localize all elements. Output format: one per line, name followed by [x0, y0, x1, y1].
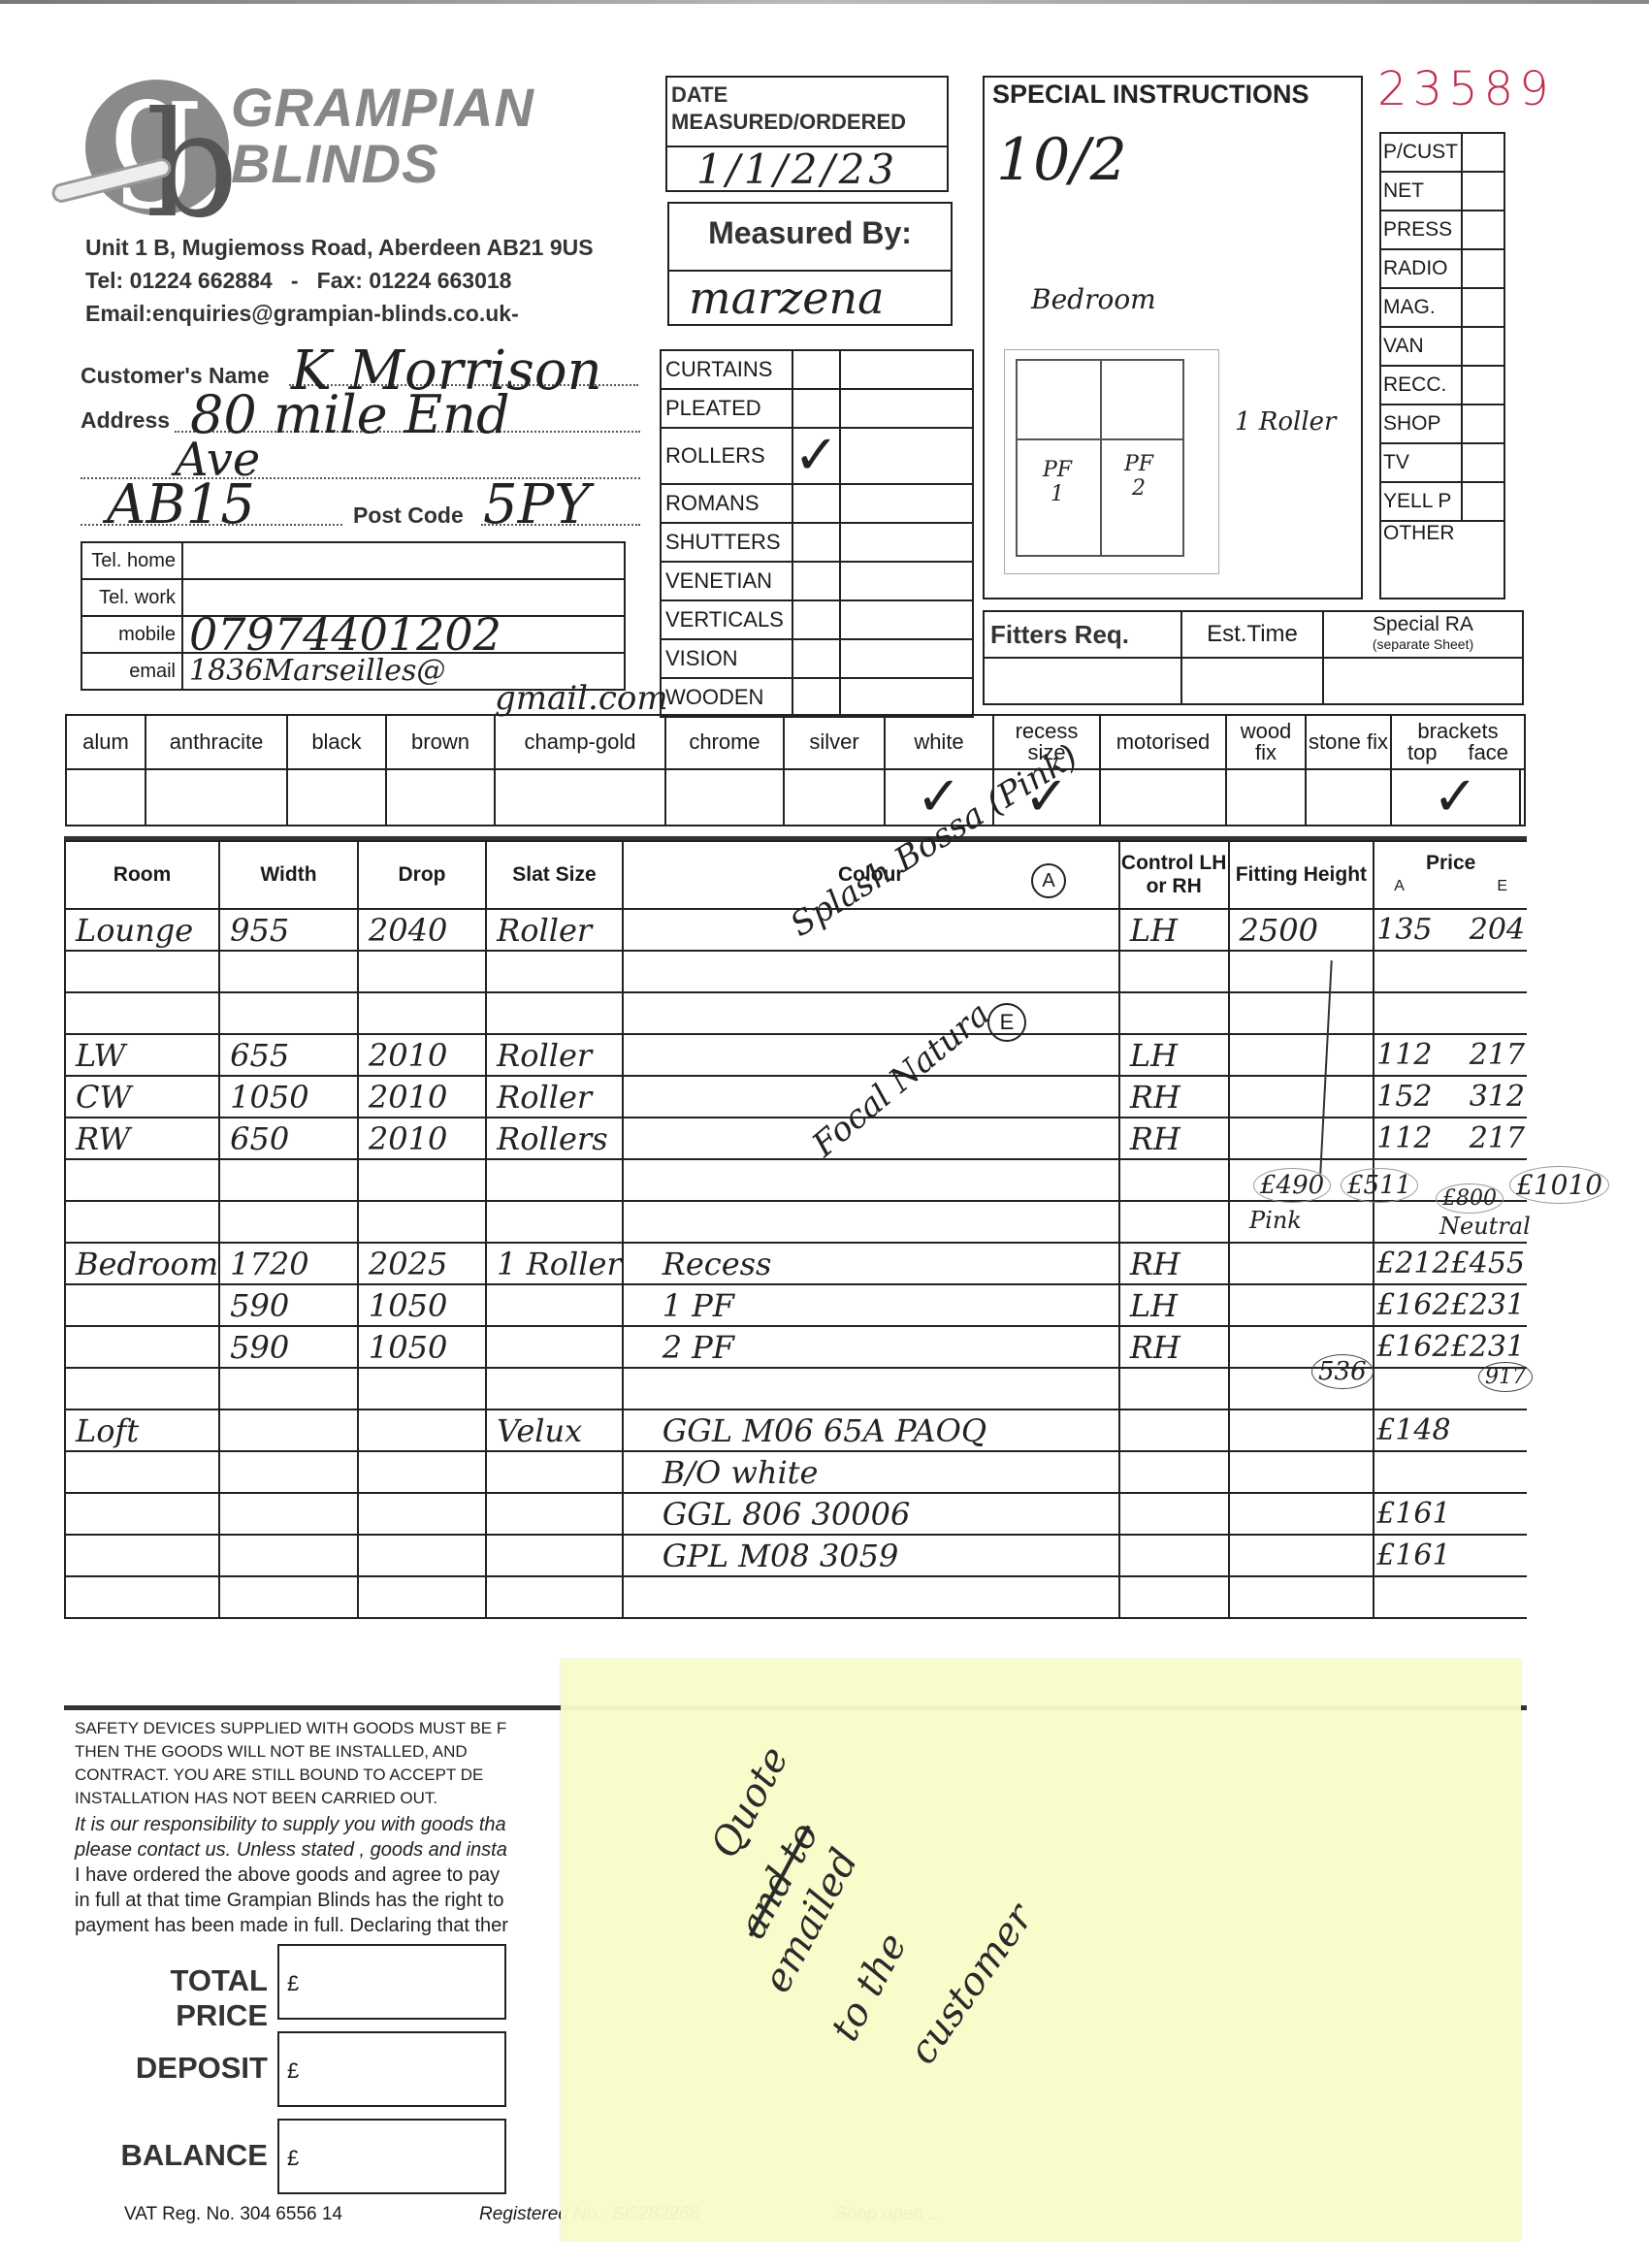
cell-fitting[interactable] — [1229, 1451, 1374, 1493]
cell-fitting[interactable] — [1229, 1284, 1374, 1326]
source-label: P/CUST — [1380, 133, 1462, 172]
cell-control[interactable] — [1119, 1201, 1229, 1243]
option-white: white — [885, 715, 993, 769]
special-ra-title: Special RA — [1324, 615, 1522, 634]
brackets-sub: topface — [1392, 742, 1524, 763]
cell-width[interactable] — [219, 951, 358, 992]
option-alum: alum — [66, 715, 145, 769]
product-type-row: PLEATED — [661, 389, 973, 428]
cell-slat[interactable]: Velux — [486, 1409, 623, 1451]
cell-colour[interactable] — [623, 1201, 1119, 1243]
cell-width[interactable]: 590 — [219, 1326, 358, 1368]
cell-colour[interactable]: GPL M08 3059 — [623, 1535, 1119, 1576]
measured-by-value[interactable]: marzena — [689, 272, 885, 324]
cell-drop[interactable] — [358, 1493, 486, 1535]
terms-line: INSTALLATION HAS NOT BEEN CARRIED OUT. — [75, 1789, 437, 1808]
measured-by-box: Measured By: marzena — [667, 202, 953, 326]
column-header-text: Fitting Height — [1236, 863, 1367, 886]
brackets-header: bracketstopface — [1391, 715, 1525, 769]
option-chrome: chrome — [665, 715, 784, 769]
cell-slat[interactable] — [486, 1493, 623, 1535]
source-row: MAG. — [1380, 288, 1504, 327]
column-header-text: Control LH or RH — [1121, 852, 1226, 897]
terms-line: in full at that time Grampian Blinds has… — [75, 1890, 503, 1912]
price-e: 204 — [1470, 913, 1525, 947]
source-label: SHOP — [1380, 405, 1462, 443]
cell-width[interactable] — [219, 1159, 358, 1201]
brackets-label: brackets — [1392, 721, 1524, 742]
product-type-label: ROLLERS — [661, 428, 792, 484]
cell-colour[interactable] — [623, 951, 1119, 992]
product-type-notes[interactable] — [840, 484, 973, 523]
est-time-field[interactable] — [1181, 658, 1323, 704]
option-check-black[interactable] — [287, 769, 386, 826]
scan-edge — [0, 0, 1649, 4]
option-anthracite: anthracite — [145, 715, 287, 769]
balance-field[interactable]: £ — [277, 2119, 506, 2194]
cell-colour[interactable] — [623, 1159, 1119, 1201]
cell-fitting[interactable] — [1229, 1076, 1374, 1118]
sketch-title: Bedroom — [1031, 283, 1156, 315]
source-row: SHOP — [1380, 405, 1504, 443]
cell-drop[interactable] — [358, 951, 486, 992]
measurement-table: RoomWidthDropSlat SizeColourControl LH o… — [64, 840, 1527, 1619]
product-type-row: ROLLERS✓ — [661, 428, 973, 484]
column-header-text: Width — [260, 863, 316, 886]
contact-label: Tel. home — [81, 542, 182, 579]
price-e: 312 — [1470, 1080, 1525, 1114]
price-a: £161 — [1376, 1539, 1450, 1572]
source-label: RECC. — [1380, 366, 1462, 405]
product-type-label: CURTAINS — [661, 350, 792, 389]
cell-room[interactable]: LW — [65, 1034, 219, 1076]
cell-room[interactable] — [65, 1326, 219, 1368]
cell-control[interactable] — [1119, 992, 1229, 1034]
cell-room[interactable] — [65, 1451, 219, 1493]
column-header-drop: Drop — [358, 841, 486, 909]
cell-price[interactable]: 152312 — [1374, 1076, 1527, 1118]
cell-slat[interactable]: Roller — [486, 1034, 623, 1076]
cell-fitting[interactable]: 2500 — [1229, 909, 1374, 951]
cell-slat[interactable] — [486, 1451, 623, 1493]
table-row: LW6552010RollerLH112217 — [65, 1034, 1527, 1076]
price-a: 135 — [1376, 913, 1432, 947]
cell-width[interactable]: 955 — [219, 909, 358, 951]
cell-colour[interactable]: 2 PF — [623, 1326, 1119, 1368]
cell-slat[interactable] — [486, 1368, 623, 1409]
currency-symbol: £ — [287, 2146, 299, 2170]
cell-room[interactable] — [65, 951, 219, 992]
special-instructions-label: SPECIAL INSTRUCTIONS — [992, 80, 1309, 110]
order-number-value: 23589 — [1377, 62, 1555, 116]
source-label: NET — [1380, 172, 1462, 211]
cell-colour[interactable] — [623, 992, 1119, 1034]
table-row — [65, 1576, 1527, 1618]
cell-slat[interactable] — [486, 1576, 623, 1618]
terms-line: SAFETY DEVICES SUPPLIED WITH GOODS MUST … — [75, 1719, 506, 1738]
product-type-checkbox[interactable] — [792, 350, 840, 389]
column-header-text: Price — [1426, 852, 1475, 874]
source-row: YELL P — [1380, 482, 1504, 521]
cell-price[interactable]: £161 — [1374, 1535, 1527, 1576]
option-wood-fix: wood fix — [1226, 715, 1306, 769]
cell-room[interactable] — [65, 1159, 219, 1201]
postcode-field[interactable]: 5PY — [483, 473, 590, 536]
option-champ-gold: champ-gold — [495, 715, 665, 769]
cell-fitting[interactable] — [1229, 1493, 1374, 1535]
cell-colour[interactable] — [623, 1034, 1119, 1076]
cell-room[interactable] — [65, 1493, 219, 1535]
price-a: £148 — [1376, 1413, 1450, 1447]
cell-colour[interactable]: GGL M06 65A PAOQ — [623, 1409, 1119, 1451]
cell-fitting[interactable] — [1229, 1409, 1374, 1451]
bracket-face-check[interactable] — [1520, 769, 1525, 826]
cell-slat[interactable] — [486, 1201, 623, 1243]
source-label: YELL P — [1380, 482, 1462, 521]
product-type-checkbox[interactable] — [792, 523, 840, 562]
cell-drop[interactable] — [358, 1535, 486, 1576]
product-type-label: VERTICALS — [661, 600, 792, 639]
currency-symbol: £ — [287, 2058, 299, 2083]
company-name: GRAMPIAN BLINDS — [231, 80, 534, 192]
cell-width[interactable] — [219, 1451, 358, 1493]
cell-slat[interactable] — [486, 992, 623, 1034]
price-a: £212 — [1376, 1247, 1450, 1280]
product-type-checkbox[interactable] — [792, 484, 840, 523]
product-type-notes[interactable] — [840, 678, 973, 717]
cell-width[interactable] — [219, 1368, 358, 1409]
cell-width[interactable] — [219, 1409, 358, 1451]
total-price-field[interactable]: £ — [277, 1944, 506, 2020]
option-check-brown[interactable] — [386, 769, 495, 826]
cell-control[interactable] — [1119, 1368, 1229, 1409]
address-line3-field[interactable]: AB15 — [107, 473, 255, 536]
product-type-checkbox[interactable] — [792, 678, 840, 717]
date-label: DATE MEASURED/ORDERED — [671, 81, 906, 136]
option-check-alum[interactable] — [66, 769, 145, 826]
product-type-label: SHUTTERS — [661, 523, 792, 562]
cell-price[interactable]: £162£231 — [1374, 1284, 1527, 1326]
source-checkbox[interactable] — [1462, 405, 1504, 443]
price-e: £455 — [1451, 1247, 1525, 1280]
table-row — [65, 1368, 1527, 1409]
cell-slat[interactable] — [486, 1284, 623, 1326]
source-checkbox[interactable] — [1462, 482, 1504, 521]
cell-slat[interactable] — [486, 951, 623, 992]
special-instructions-note[interactable]: 10/2 — [996, 126, 1127, 194]
cell-slat[interactable]: Roller — [486, 1076, 623, 1118]
price-e: 217 — [1470, 1038, 1525, 1072]
cell-slat[interactable] — [486, 1159, 623, 1201]
vat-number: VAT Reg. No. 304 6556 14 — [124, 2204, 342, 2225]
table-row: CW10502010RollerRH152312 — [65, 1076, 1527, 1118]
terms-line-italic: please contact us. Unless stated , goods… — [75, 1839, 507, 1862]
cell-fitting[interactable] — [1229, 1576, 1374, 1618]
option-check-anthracite[interactable] — [145, 769, 287, 826]
source-row: RECC. — [1380, 366, 1504, 405]
column-header-width: Width — [219, 841, 358, 909]
option-check-wood-fix[interactable] — [1226, 769, 1306, 826]
cell-fitting[interactable] — [1229, 1243, 1374, 1284]
option-black: black — [287, 715, 386, 769]
source-checkbox[interactable] — [1462, 327, 1504, 366]
window-sketch-recess — [1004, 349, 1219, 574]
source-checkbox[interactable] — [1462, 133, 1504, 172]
product-type-row: VERTICALS — [661, 600, 973, 639]
cell-fitting[interactable] — [1229, 992, 1374, 1034]
source-row: NET — [1380, 172, 1504, 211]
order-number: 23589 — [1377, 62, 1555, 116]
contact-label: Tel. work — [81, 579, 182, 616]
company-name-line1: GRAMPIAN — [231, 80, 534, 136]
source-label: VAN — [1380, 327, 1462, 366]
cell-price[interactable]: £161 — [1374, 1493, 1527, 1535]
company-address: Unit 1 B, Mugiemoss Road, Aberdeen AB21 … — [85, 235, 594, 261]
option-check-stone-fix[interactable] — [1306, 769, 1391, 826]
cell-room[interactable] — [65, 992, 219, 1034]
price-subheaders: AE — [1374, 875, 1527, 898]
total-price-label: TOTAL PRICE — [74, 1963, 268, 2033]
cell-price[interactable]: 112217 — [1374, 1034, 1527, 1076]
source-table: P/CUSTNETPRESSRADIOMAG.VANRECC.SHOPTVYEL… — [1379, 132, 1505, 599]
cell-control[interactable] — [1119, 951, 1229, 992]
product-type-notes[interactable] — [840, 523, 973, 562]
cell-drop[interactable] — [358, 1576, 486, 1618]
product-type-notes[interactable] — [840, 389, 973, 428]
cell-colour[interactable] — [623, 909, 1119, 951]
terms-line: THEN THE GOODS WILL NOT BE INSTALLED, AN… — [75, 1742, 468, 1762]
column-header-text: Room — [113, 863, 172, 886]
cell-colour[interactable]: B/O white — [623, 1451, 1119, 1493]
cell-control[interactable]: LH — [1119, 909, 1229, 951]
bracket-top-check[interactable]: ✓ — [1391, 769, 1520, 826]
product-type-notes[interactable] — [840, 428, 973, 484]
option-check-champ-gold[interactable] — [495, 769, 665, 826]
cell-width[interactable]: 655 — [219, 1034, 358, 1076]
cell-drop[interactable]: 2025 — [358, 1243, 486, 1284]
special-ra-sub: (separate Sheet) — [1324, 634, 1522, 654]
cell-colour[interactable]: Recess — [623, 1243, 1119, 1284]
cell-room[interactable] — [65, 1535, 219, 1576]
cell-fitting[interactable] — [1229, 951, 1374, 992]
special-ra-label: Special RA (separate Sheet) — [1323, 611, 1523, 658]
terms-line-italic: It is our responsibility to supply you w… — [75, 1814, 506, 1836]
date-value[interactable]: 1/1/2/23 — [696, 146, 898, 193]
colour-tag-e: E — [987, 1003, 1026, 1042]
postcode-label: Post Code — [353, 502, 464, 529]
column-header-price: PriceAE — [1374, 841, 1527, 909]
cell-room[interactable] — [65, 1576, 219, 1618]
sticky-line-to-the: to the — [823, 1926, 916, 2048]
contact-value-field[interactable]: 07974401202 — [182, 616, 625, 653]
source-checkbox[interactable] — [1462, 288, 1504, 327]
cell-control[interactable]: RH — [1119, 1118, 1229, 1159]
product-type-table: CURTAINSPLEATEDROLLERS✓ROMANSSHUTTERSVEN… — [660, 349, 974, 718]
option-silver: silver — [784, 715, 885, 769]
cell-drop[interactable] — [358, 1409, 486, 1451]
source-checkbox[interactable] — [1462, 211, 1504, 249]
cell-drop[interactable] — [358, 1201, 486, 1243]
source-checkbox[interactable] — [1462, 172, 1504, 211]
source-checkbox[interactable] — [1462, 443, 1504, 482]
product-type-notes[interactable] — [840, 350, 973, 389]
cell-price[interactable] — [1374, 1451, 1527, 1493]
cell-control[interactable]: RH — [1119, 1243, 1229, 1284]
price-a: 152 — [1376, 1080, 1432, 1114]
cell-drop[interactable] — [358, 1368, 486, 1409]
cell-slat[interactable] — [486, 1326, 623, 1368]
cell-colour[interactable]: 1 PF — [623, 1284, 1119, 1326]
cell-control[interactable]: RH — [1119, 1076, 1229, 1118]
cell-width[interactable] — [219, 1201, 358, 1243]
product-type-checkbox[interactable]: ✓ — [792, 428, 840, 484]
cell-colour[interactable] — [623, 1576, 1119, 1618]
product-type-notes[interactable] — [840, 562, 973, 600]
price-sub-e: E — [1497, 875, 1507, 898]
cell-control[interactable] — [1119, 1493, 1229, 1535]
bracket-top-label: top — [1407, 742, 1438, 763]
cell-slat[interactable]: Rollers — [486, 1118, 623, 1159]
measured-by-label: Measured By: — [669, 204, 951, 251]
cell-drop[interactable]: 1050 — [358, 1284, 486, 1326]
product-type-row: WOODEN — [661, 678, 973, 717]
source-checkbox[interactable] — [1462, 366, 1504, 405]
est-time-label: Est.Time — [1181, 611, 1323, 658]
table-row: GPL M08 3059£161 — [65, 1535, 1527, 1576]
cell-width[interactable] — [219, 1576, 358, 1618]
product-type-notes[interactable] — [840, 600, 973, 639]
cell-fitting[interactable] — [1229, 1034, 1374, 1076]
cell-control[interactable] — [1119, 1409, 1229, 1451]
product-type-label: VISION — [661, 639, 792, 678]
terms-line: payment has been made in full. Declaring… — [75, 1915, 508, 1937]
cell-slat[interactable]: 1 Roller — [486, 1243, 623, 1284]
contact-label: email — [81, 653, 182, 690]
cell-price[interactable] — [1374, 1576, 1527, 1618]
table-row: B/O white — [65, 1451, 1527, 1493]
price-a: 112 — [1376, 1121, 1432, 1155]
special-ra-field[interactable] — [1323, 658, 1523, 704]
fitters-req-field[interactable] — [984, 658, 1181, 704]
bracket-face-label: face — [1468, 742, 1508, 763]
cell-room[interactable]: Bedroom — [65, 1243, 219, 1284]
contact-table: Tel. homeTel. workmobile07974401202email… — [81, 541, 626, 691]
cell-fitting[interactable] — [1229, 1535, 1374, 1576]
cell-width[interactable]: 1720 — [219, 1243, 358, 1284]
product-type-notes[interactable] — [840, 639, 973, 678]
table-row: 59010501 PFLH£162£231 — [65, 1284, 1527, 1326]
cell-price[interactable]: £212£455 — [1374, 1243, 1527, 1284]
cell-colour[interactable]: GGL 806 30006 — [623, 1493, 1119, 1535]
product-type-checkbox[interactable] — [792, 639, 840, 678]
cell-control[interactable]: RH — [1119, 1326, 1229, 1368]
option-check-motorised[interactable] — [1100, 769, 1226, 826]
contact-row: Tel. home — [81, 542, 625, 579]
table-row — [65, 1201, 1527, 1243]
source-row: PRESS — [1380, 211, 1504, 249]
table-row: LoftVeluxGGL M06 65A PAOQ£148 — [65, 1409, 1527, 1451]
cell-fitting[interactable] — [1229, 1118, 1374, 1159]
cell-control[interactable] — [1119, 1576, 1229, 1618]
cell-control[interactable] — [1119, 1451, 1229, 1493]
cell-price[interactable]: 135204 — [1374, 909, 1527, 951]
cell-width[interactable] — [219, 992, 358, 1034]
cell-room[interactable]: CW — [65, 1076, 219, 1118]
company-email: Email:enquiries@grampian-blinds.co.uk- — [85, 301, 519, 327]
contact-label: mobile — [81, 616, 182, 653]
cell-width[interactable] — [219, 1535, 358, 1576]
cell-room[interactable] — [65, 1368, 219, 1409]
cell-drop[interactable]: 2010 — [358, 1034, 486, 1076]
product-type-row: SHUTTERS — [661, 523, 973, 562]
table-row: 59010502 PFRH£162£231 — [65, 1326, 1527, 1368]
cell-room[interactable] — [65, 1201, 219, 1243]
cell-width[interactable]: 650 — [219, 1118, 358, 1159]
cell-control[interactable]: LH — [1119, 1284, 1229, 1326]
cell-colour[interactable] — [623, 1368, 1119, 1409]
source-checkbox[interactable] — [1462, 249, 1504, 288]
option-brown: brown — [386, 715, 495, 769]
source-row: VAN — [1380, 327, 1504, 366]
sticky-note[interactable]: Quote and to emailed to the customer — [561, 1659, 1521, 2241]
cell-price[interactable]: 112217 — [1374, 1118, 1527, 1159]
source-label: PRESS — [1380, 211, 1462, 249]
cell-drop[interactable]: 2040 — [358, 909, 486, 951]
cell-width[interactable]: 1050 — [219, 1076, 358, 1118]
cell-drop[interactable]: 1050 — [358, 1326, 486, 1368]
cell-price[interactable] — [1374, 951, 1527, 992]
contact-value-field[interactable] — [182, 542, 625, 579]
cell-drop[interactable]: 2010 — [358, 1118, 486, 1159]
cell-room[interactable]: Lounge — [65, 909, 219, 951]
cell-price[interactable]: £148 — [1374, 1409, 1527, 1451]
cell-control[interactable]: LH — [1119, 1034, 1229, 1076]
cell-width[interactable] — [219, 1493, 358, 1535]
contact-row: mobile07974401202 — [81, 616, 625, 653]
cell-drop[interactable] — [358, 1451, 486, 1493]
subtotal-neutral-label: Neutral — [1439, 1213, 1531, 1240]
cell-room[interactable]: Loft — [65, 1409, 219, 1451]
column-header-fitting-height: Fitting Height — [1229, 841, 1374, 909]
product-type-row: ROMANS — [661, 484, 973, 523]
source-label: MAG. — [1380, 288, 1462, 327]
cell-width[interactable]: 590 — [219, 1284, 358, 1326]
price-e: £231 — [1451, 1288, 1525, 1322]
product-type-checkbox[interactable] — [792, 389, 840, 428]
cell-control[interactable] — [1119, 1159, 1229, 1201]
cell-drop[interactable] — [358, 992, 486, 1034]
cell-slat[interactable]: Roller — [486, 909, 623, 951]
cell-room[interactable]: RW — [65, 1118, 219, 1159]
deposit-field[interactable]: £ — [277, 2031, 506, 2107]
subtotal-pink-a: £490 — [1253, 1168, 1331, 1203]
cell-room[interactable] — [65, 1284, 219, 1326]
bedroom-total-a: 536 — [1311, 1354, 1374, 1389]
address-label: Address — [81, 407, 170, 434]
source-row: P/CUST — [1380, 133, 1504, 172]
terms-line: I have ordered the above goods and agree… — [75, 1864, 500, 1887]
cell-price[interactable] — [1374, 992, 1527, 1034]
option-check-silver[interactable] — [784, 769, 885, 826]
product-type-checkbox[interactable] — [792, 562, 840, 600]
source-label: OTHER — [1380, 521, 1504, 599]
cell-control[interactable] — [1119, 1535, 1229, 1576]
cell-drop[interactable] — [358, 1159, 486, 1201]
cell-slat[interactable] — [486, 1535, 623, 1576]
option-check-chrome[interactable] — [665, 769, 784, 826]
product-type-checkbox[interactable] — [792, 600, 840, 639]
cell-drop[interactable]: 2010 — [358, 1076, 486, 1118]
